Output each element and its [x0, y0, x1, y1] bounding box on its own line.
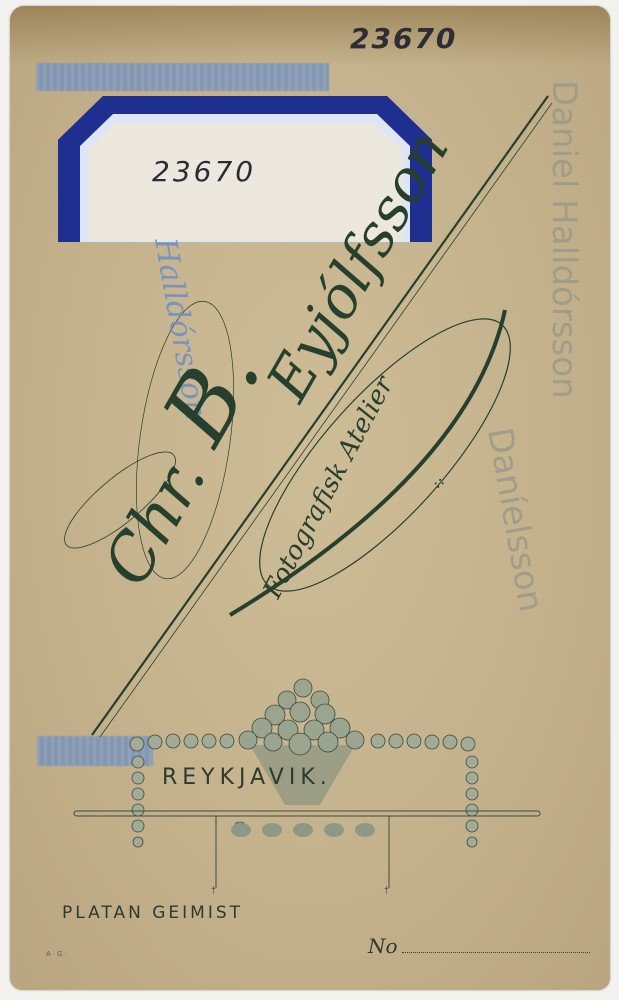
pencil-inscription-patronymic: Daníelsson — [479, 425, 551, 615]
negative-number-field: No — [368, 934, 590, 958]
plate-kept-notice: PLATAN GEIMIST — [62, 903, 243, 923]
svg-text:†: † — [384, 885, 389, 895]
studio-imprint-artwork: Halldórsson Chr. B. Eyjólfsson Fotografi… — [0, 0, 619, 1000]
studio-tagline: Fotografisk Atelier — [257, 370, 400, 604]
city-name: REYKJAVIK. — [162, 765, 332, 790]
studio-prefix: Chr. — [90, 445, 221, 598]
ornament-mark: ⁘ — [430, 474, 445, 495]
pencil-inscription-name: Daniel Halldórsson — [544, 80, 584, 399]
heart-row — [231, 823, 375, 837]
number-dotted-line — [402, 952, 590, 953]
number-label: No — [368, 934, 398, 958]
printer-mark: A·G· — [46, 951, 69, 958]
svg-text:†: † — [211, 885, 216, 895]
studio-surname: Eyjólfsson — [253, 118, 462, 413]
